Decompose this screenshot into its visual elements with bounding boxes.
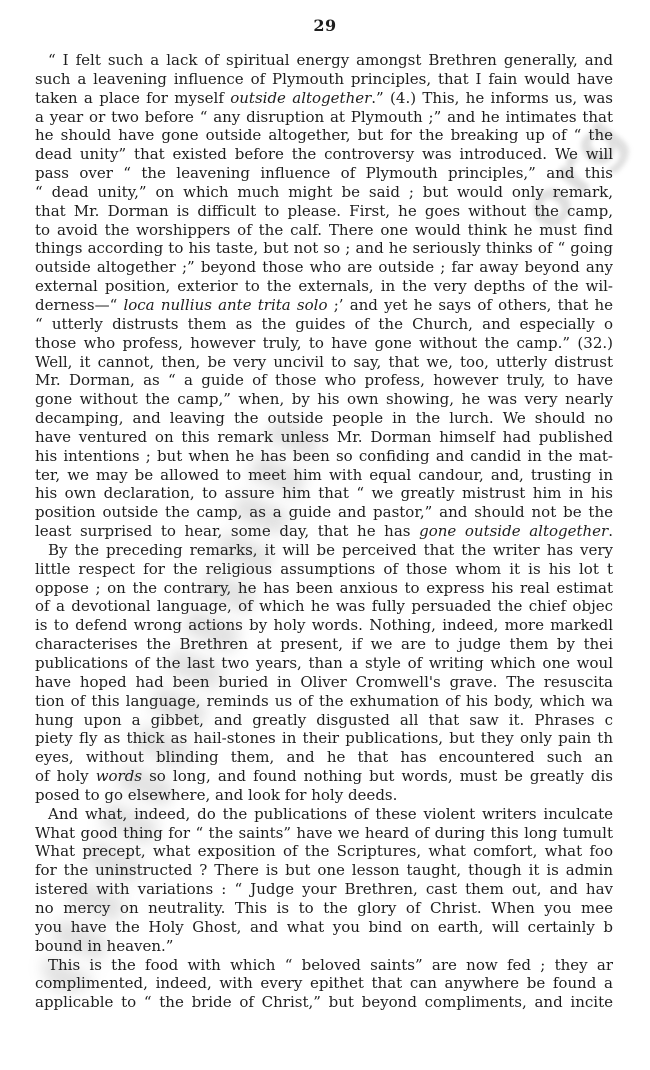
text-line: posed to go elsewhere, and look for holy… [35, 786, 613, 805]
text-line: “ dead unity,” on which much might be sa… [35, 183, 613, 202]
text-line: taken a place for myself outside altoget… [35, 89, 613, 108]
text-line: pass over “ the leavening influence of P… [35, 164, 613, 183]
text-line: And what, indeed, do the publications of… [35, 805, 613, 824]
text-line: such a leavening influence of Plymouth p… [35, 70, 613, 89]
text-line: position outside the camp, as a guide an… [35, 503, 613, 522]
text-line: This is the food with which “ beloved sa… [35, 956, 613, 975]
text-line: istered with variations : “ Judge your B… [35, 880, 613, 899]
text-line: of holy words so long, and found nothing… [35, 767, 613, 786]
text-line: is to defend wrong actions by holy words… [35, 616, 613, 635]
text-line: publications of the last two years, than… [35, 654, 613, 673]
text-line: little respect for the religious assumpt… [35, 560, 613, 579]
text-line: piety fly as thick as hail-stones in the… [35, 729, 613, 748]
text-line: those who profess, however truly, to hav… [35, 334, 613, 353]
text-line: bound in heaven.” [35, 937, 613, 956]
page-text: “ I felt such a lack of spiritual energy… [35, 51, 613, 1012]
text-line: dead unity” that existed before the cont… [35, 145, 613, 164]
text-line: gone without the camp,” when, by his own… [35, 390, 613, 409]
text-line: that Mr. Dorman is difficult to please. … [35, 202, 613, 221]
text-line: you have the Holy Ghost, and what you bi… [35, 918, 613, 937]
text-line: no mercy on neutrality. This is to the g… [35, 899, 613, 918]
text-line: he should have gone outside altogether, … [35, 126, 613, 145]
text-line: have hoped had been buried in Oliver Cro… [35, 673, 613, 692]
text-line: Mr. Dorman, as “ a guide of those who pr… [35, 371, 613, 390]
scanned-page: org 29 “ I felt such a lack of spiritual… [0, 0, 650, 1070]
text-line: decamping, and leaving the outside peopl… [35, 409, 613, 428]
text-line: derness—“ loca nullius ante trita solo ;… [35, 296, 613, 315]
text-line: ter, we may be allowed to meet him with … [35, 466, 613, 485]
page-number: 29 [0, 16, 650, 35]
text-line: complimented, indeed, with every epithet… [35, 974, 613, 993]
text-line: “ utterly distrusts them as the guides o… [35, 315, 613, 334]
text-line: least surprised to hear, some day, that … [35, 522, 613, 541]
text-line: things according to his taste, but not s… [35, 239, 613, 258]
text-line: of a devotional language, of which he wa… [35, 597, 613, 616]
text-line: Well, it cannot, then, be very uncivil t… [35, 353, 613, 372]
text-line: have ventured on this remark unless Mr. … [35, 428, 613, 447]
text-line: external position, exterior to the exter… [35, 277, 613, 296]
text-line: for the uninstructed ? There is but one … [35, 861, 613, 880]
text-line: his intentions ; but when he has been so… [35, 447, 613, 466]
text-line: a year or two before “ any disruption at… [35, 108, 613, 127]
text-line: applicable to “ the bride of Christ,” bu… [35, 993, 613, 1012]
text-line: “ I felt such a lack of spiritual energy… [35, 51, 613, 70]
text-line: characterises the Brethren at present, i… [35, 635, 613, 654]
text-line: his own declaration, to assure him that … [35, 484, 613, 503]
text-line: What precept, what exposition of the Scr… [35, 842, 613, 861]
text-line: oppose ; on the contrary, he has been an… [35, 579, 613, 598]
text-line: outside altogether ;” beyond those who a… [35, 258, 613, 277]
text-line: hung upon a gibbet, and greatly disguste… [35, 711, 613, 730]
text-line: tion of this language, reminds us of the… [35, 692, 613, 711]
text-line: eyes, without blinding them, and he that… [35, 748, 613, 767]
text-line: What good thing for “ the saints” have w… [35, 824, 613, 843]
text-line: to avoid the worshippers of the calf. Th… [35, 221, 613, 240]
text-line: By the preceding remarks, it will be per… [35, 541, 613, 560]
